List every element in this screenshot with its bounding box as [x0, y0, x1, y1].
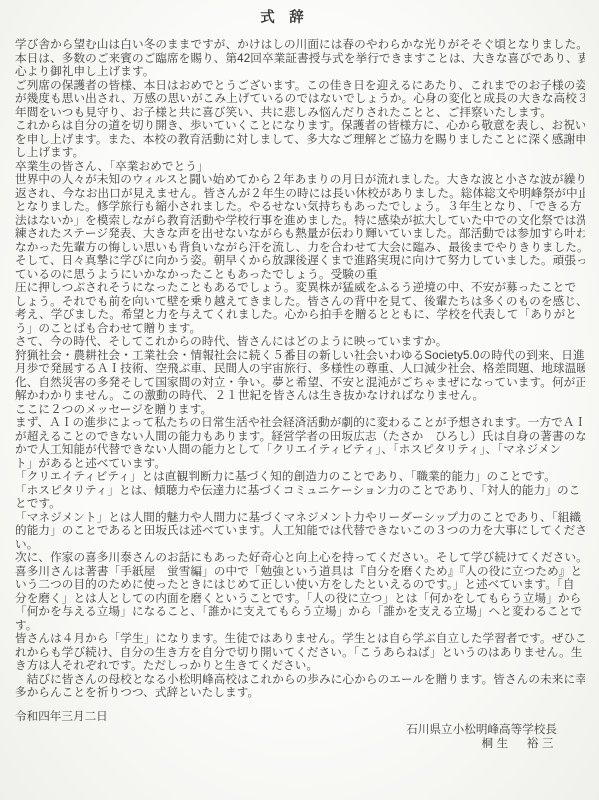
text-line: 化、自然災害の多発そして国家間の対立・争い。夢と希望、不安と混沌がごちゃまぜにな…: [15, 376, 585, 390]
text-line: 本日は、多数のご来賓のご臨席を賜り、第42回卒業証書授与式を挙行できますことは、…: [15, 52, 585, 66]
text-line: 返され、今なお出口が見えません。皆さんが２年生の時には長い休校がありました。総体…: [15, 187, 585, 201]
text-line: ご列席の保護者の皆様、本日はおめでとうございます。この佳き日を迎えるにあたり、こ…: [15, 79, 585, 93]
text-line: 「マネジメント」とは人間的魅力や人間力に基づくマネジメント力やリーダーシップ力の…: [15, 511, 585, 525]
page-title: 式 辞: [0, 11, 567, 26]
text-line: 考え、学びました。希望と力を与えてくれました。心から拍手を贈るとともに、学校を代…: [15, 308, 585, 322]
text-line: 解かわかりません。この激動の時代、２１世紀を皆さんは生き抜かなければなりません。: [15, 389, 585, 403]
text-line: し上げます。: [15, 146, 585, 160]
signature-block: 石川県立小松明峰高等学校長 桐生 裕三: [15, 723, 585, 750]
text-line: 学び舎から望む山は白い冬のままですが、かけはしの川面には春のやわらかな光りがそそ…: [15, 38, 585, 52]
text-line: しょう。それでも前を向いて壁を乗り越えてきました。皆さんの背中を見て、後輩たちは…: [15, 295, 585, 309]
text-line: が幾度も思い出され、万感の思いがこみ上げているのではないでしょうか。心身の変化と…: [15, 92, 585, 106]
text-line: 「何かを与える立場」になること、「誰かに支えてもらう立場」から「誰かを支える立場…: [15, 605, 585, 619]
signer-title: 石川県立小松明峰高等学校長: [15, 723, 557, 737]
text-line: 喜多川さんは著書「手紙屋 蛍雪編」の中で「勉強という道具は『自分を磨くため』『人…: [15, 565, 585, 579]
text-line: 心より御礼申し上げます。: [15, 65, 585, 79]
text-line: ここに２つのメッセージを贈ります。: [15, 403, 585, 417]
text-line: なかった先輩方の悔しい思いも背負いながら汗を流し、力を合わせて大会に臨み、最後ま…: [15, 241, 585, 255]
text-line: 皆さんは４月から「学生」になります。生徒ではありません。学生とは自ら学ぶ自立した…: [15, 632, 585, 646]
text-line: す。: [15, 619, 585, 633]
text-line: 結びに皆さんの母校となる小松明峰高校はこれからの歩みに心からのエールを贈ります。…: [15, 673, 585, 687]
text-line: 練されたステージ発表、大きな声を出せないながらも熱量が伝わり輝いていました。部活…: [15, 227, 585, 241]
text-line: ト」があると述べています。: [15, 457, 585, 471]
text-line: そして、日々真摯に学びに向かう姿。朝早くから放課後遅くまで進路実現に向けて努力し…: [15, 254, 585, 268]
signer-name: 桐生 裕三: [15, 737, 557, 751]
text-line: 「ホスピタリティ」とは、傾聴力や伝達力に基づくコミュニケーション力のことであり、…: [15, 484, 585, 498]
text-line: 圧に押しつぶされそうになったこともあるでしょう。変異株が猛威をふるう逆境の中、不…: [15, 281, 585, 295]
text-line: これからは自分の道を切り開き、歩いていくことになります。保護者の皆様方に、心から…: [15, 119, 585, 133]
text-line: れからも学び続け、自分の生き方を自分で切り開いてください。「こうあらねば」という…: [15, 646, 585, 660]
text-line: 狩猟社会・農耕社会・工業社会・情報社会に続く５番目の新しい社会いわゆるSocie…: [15, 349, 585, 363]
speech-body: 学び舎から望む山は白い冬のままですが、かけはしの川面には春のやわらかな光りがそそ…: [15, 38, 585, 700]
text-line: 月歩で発展するＡＩ技術、空飛ぶ車、民間人の宇宙旅行、多様性の尊重、人口減少社会、…: [15, 362, 585, 376]
text-line: ているのに思うようにいかなかったこともあったでしょう。受験の重: [15, 268, 585, 282]
text-line: となりました。修学旅行も縮小されました。やるせない気持ちもあったでしょう。３年生…: [15, 200, 585, 214]
date-line: 令和四年三月二日: [15, 710, 585, 724]
text-line: 分を磨く」とは人としての内面を磨くということです。「人の役に立つ」とは「何かをし…: [15, 592, 585, 606]
text-line: さて、今の時代、そしてこれからの時代、皆さんにはどのように映っていますか。: [15, 335, 585, 349]
text-line: まず、ＡＩの進歩によって私たちの日常生活や社会経済活動が劇的に変わることが予想さ…: [15, 416, 585, 430]
text-line: 多からんことを祈りつつ、式辞といたします。: [15, 686, 585, 700]
text-line: かで人工知能が代替できない人間の能力として「クリエイティビティ」、「ホスピタリテ…: [15, 443, 585, 457]
text-line: 年間をいつも見守り、お子様と共に喜び笑い、共に悲しみ悩んだりされたことと、ご拝察…: [15, 106, 585, 120]
text-line: とです。: [15, 497, 585, 511]
text-line: う」のことばも合わせて贈ります。: [15, 322, 585, 336]
text-line: 世界中の人々が未知のウィルスと闘い始めてから２年あまりの月日が流れました。大きな…: [15, 173, 585, 187]
text-line: を申し上げます。また、本校の教育活動に対しまして、多大なご理解とご協力を賜りまし…: [15, 133, 585, 147]
text-line: 次に、作家の喜多川泰さんのお話にもあった好奇心と向上心を持ってください。そして学…: [15, 551, 585, 565]
text-line: いう二つの目的のために使ったときにはじめて正しい使い方をしたといえるのです。」と…: [15, 578, 585, 592]
text-line: き方は人それぞれです。ただしっかりと生きてください。: [15, 659, 585, 673]
text-line: 法はないか」を模索しながら教育活動や学校行事を進めました。特に感染が拡大していた…: [15, 214, 585, 228]
text-line: 的能力」のことであると田坂氏は述べています。人工知能では代替できないこの３つの力…: [15, 524, 585, 538]
document-page: 式 辞 学び舎から望む山は白い冬のままですが、かけはしの川面には春のやわらかな光…: [0, 0, 599, 800]
text-line: 卒業生の皆さん、「卒業おめでとう」: [15, 160, 585, 174]
text-line: が超えることのできない人間の能力もあります。経営学者の田坂広志（たさか ひろし）…: [15, 430, 585, 444]
text-line: い。: [15, 538, 585, 552]
text-line: 「クリエイティビティ」とは直観判断力に基づく知的創造力のことであり、「職業的能力…: [15, 470, 585, 484]
